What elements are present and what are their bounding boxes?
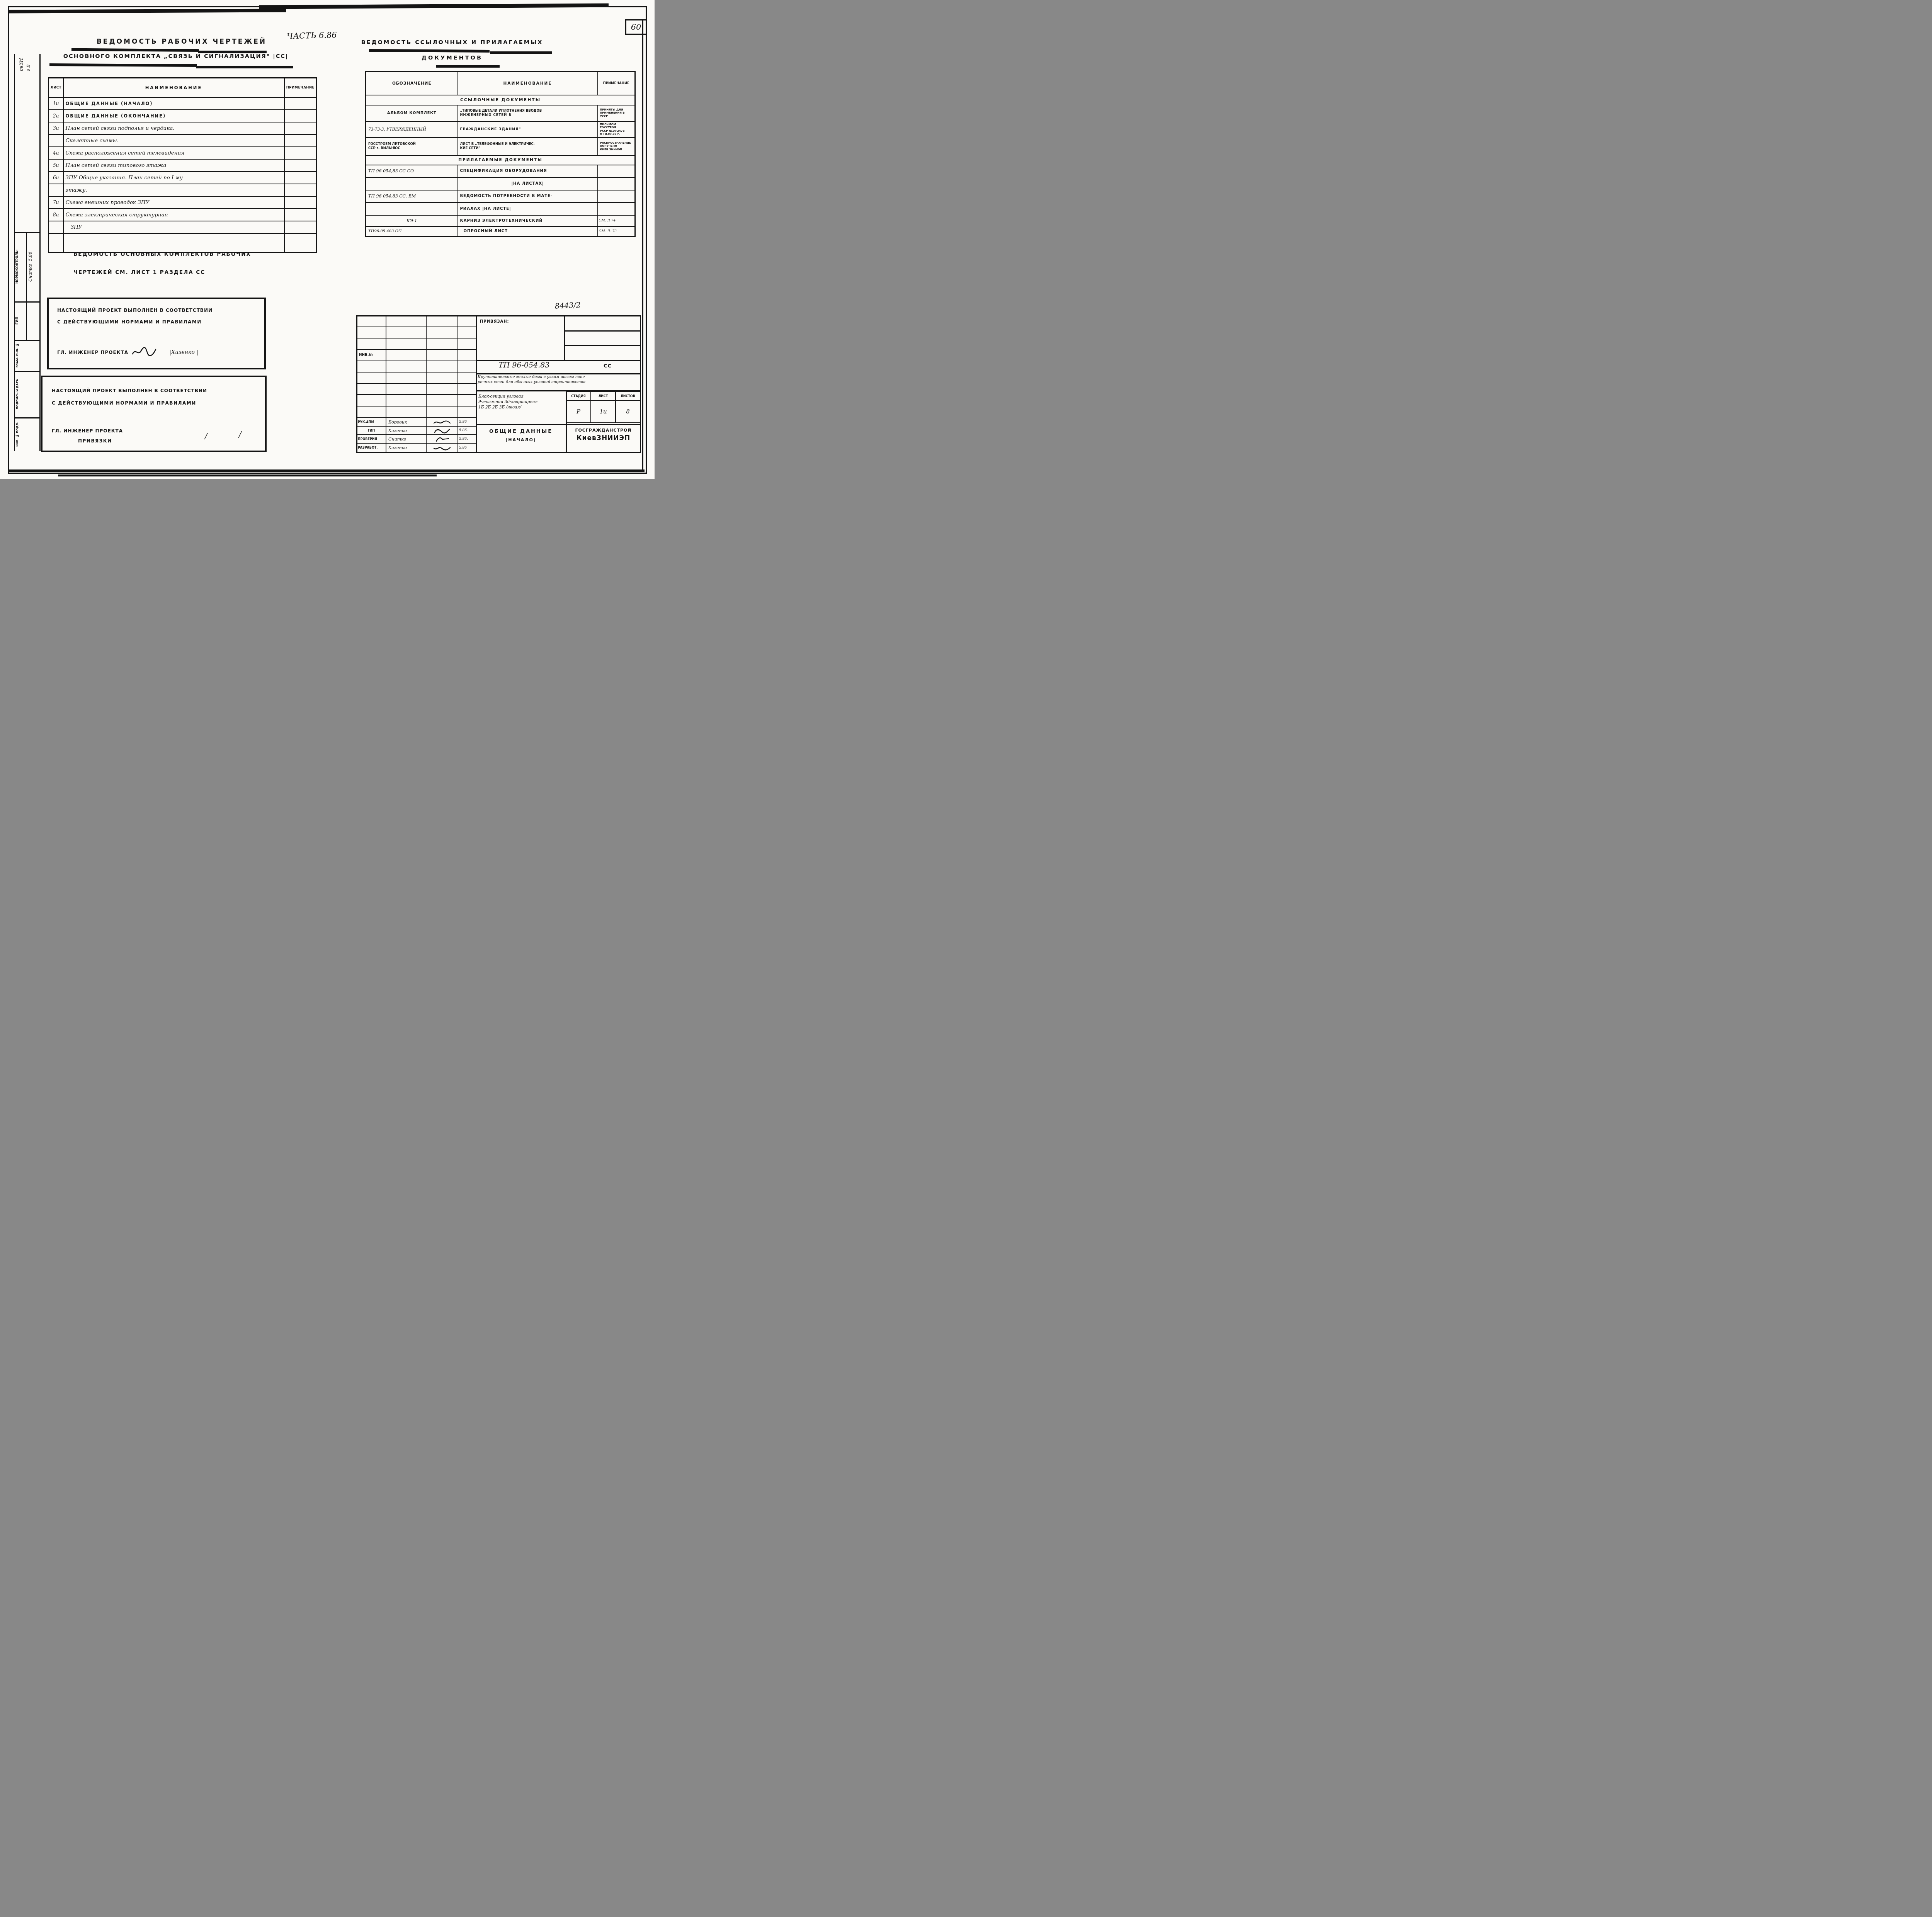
table-row: Скелетные схемы. [49,134,317,147]
doc-code: ТП 96-054.83 [498,361,549,369]
col-header-note: ПРИМЕЧАНИЕ [284,78,317,97]
normokontrol-name: Снитко [28,264,33,282]
grid-cell [458,383,476,395]
cell-sheet [49,233,63,253]
sign-row: РУК.АПМ Боровик 5.86 [357,418,476,426]
cell-name: ОПРОСНЫЙ ЛИСТ [458,226,598,237]
cell-name: ОБЩИЕ ДАННЫЕ (ОКОНЧАНИЕ) [63,110,284,122]
table-row: 2иОБЩИЕ ДАННЫЕ (ОКОНЧАНИЕ) [49,110,317,122]
grid-cell [426,395,458,406]
table-row: ГОССТРОЕМ ЛИТОВСКОЙССР г. ВИЛЬНЮС ЛИСТ Б… [366,138,635,155]
cell-designation: ТП 96-054.83 СС. ВМ [366,190,458,202]
title-block-right: ПРИВЯЗАН: ТП 96-054.83 СС Крупнопанельны… [476,316,640,452]
table-header-row: ОБОЗНАЧЕНИЕ НАИМЕНОВАНИЕ ПРИМЕЧАНИЕ [366,72,635,95]
cell-sheet: 2и [49,110,63,122]
project-description: Крупнопанельные жилые дома с узким шагом… [476,373,640,391]
table-row: 3иПлан сетей связи подполья и чердака. [49,122,317,134]
cell-name: РИАЛАХ |НА ЛИСТЕ| [458,202,598,215]
cell-name: „ТИПОВЫЕ ДЕТАЛИ УПЛОТНЕНИЯ ВВОДОВИНЖЕНЕР… [458,105,598,121]
cell-name: этажу. [63,184,284,196]
cell-name: |НА ЛИСТАХ| [458,177,598,190]
working-drawings-table: ЛИСТ НАИМЕНОВАНИЕ ПРИМЕЧАНИЕ 1иОБЩИЕ ДАН… [48,77,317,253]
scan-artifact-bar [17,6,75,7]
cell-name: ЗПУ Общие указания. План сетей по I-му [63,172,284,184]
sign-row: ГИП Хизенко 5.86. [357,426,476,435]
col-header-name: НАИМЕНОВАНИЕ [458,72,598,95]
note-text-2: г В [26,65,31,71]
table-row: ТП96-05 483 ОП ОПРОСНЫЙ ЛИСТ СМ. Л. 73 [366,226,635,237]
title-underline [198,51,267,53]
title-underline [490,51,552,54]
object-line2: 9-этажная 36-квартирная [478,399,564,405]
doc-ref-handwritten: 8443/2 [554,301,581,310]
grid-cell [426,406,458,418]
privyazan-band: ПРИВЯЗАН: [476,316,640,361]
grid-cell [357,372,386,383]
scanned-drawing-sheet: 60 ЧАСТЬ 6.86 свЗН г В НОРМОКОНТРОЛЬ: Сн… [0,0,655,479]
cell-note: ПИСЬМОМ ГОССТРОЯУССР №14-2478ОТ 8.09.80 … [598,121,635,138]
grid-cell [458,327,476,338]
stage-table: СТАДИЯ ЛИСТ ЛИСТОВ Р 1и 8 [566,391,641,423]
table-row: 1иОБЩИЕ ДАННЫЕ (НАЧАЛО) [49,97,317,110]
statement2-role-line2: ПРИВЯЗКИ [78,438,112,444]
grid-cell [357,338,386,349]
grid-cell [426,316,458,327]
grid-cell [386,406,426,418]
cell-sheet: 7и [49,196,63,209]
cell-name: Скелетные схемы. [63,134,284,147]
table-row: 5иПлан сетей связи типового этажа [49,159,317,172]
approval-grid: ИНВ.№ РУК.АПМ Боровик 5.86 ГИП Хизенко 5… [356,315,477,452]
cell-name: Схема расположения сетей телевидения [63,147,284,159]
sign-role: РАЗРАБОТ. [357,443,386,452]
grid-cell [458,361,476,372]
cell-note [598,202,635,215]
left-title-line2: ОСНОВНОГО КОМПЛЕКТА „СВЯЗЬ И СИГНАЛИЗАЦИ… [43,53,309,60]
sheet-title-line2: (НАЧАЛО) [476,437,566,442]
col-header-name: НАИМЕНОВАНИЕ [63,78,284,97]
sign-signature [426,443,458,452]
statement2-slash2: / [239,430,241,439]
cell-note [284,221,317,233]
cell-note [284,172,317,184]
table-row: 7иСхема внешних проводок ЗПУ [49,196,317,209]
grid-cell [426,349,458,361]
main-sets-note-line2: ЧЕРТЕЖЕЙ СМ. ЛИСТ 1 РАЗДЕЛА СС [73,269,205,276]
grid-cell [458,406,476,418]
table-row: этажу. [49,184,317,196]
cell-sheet [49,221,63,233]
section-row: ПРИЛАГАЕМЫЕ ДОКУМЕНТЫ [366,155,635,165]
object-line3: 1Б-2Б-2Б-3Б /левая/ [478,405,564,410]
cell-note [284,159,317,172]
sign-row: РАЗРАБОТ. Хизенко 5.86 [357,443,476,452]
table-row: 73-73-3, УТВЕРЖДЕННЫЙ ГРАЖДАНСКИЕ ЗДАНИЯ… [366,121,635,138]
title-underline [436,65,500,68]
cell-sheet: 5и [49,159,63,172]
cell-sheet: 4и [49,147,63,159]
statement1-line2: С ДЕЙСТВУЮЩИМИ НОРМАМИ И ПРАВИЛАМИ [57,319,202,325]
grid-cell [357,406,386,418]
table-row: ТП 96-054.83 СС. ВМ ВЕДОМОСТЬ ПОТРЕБНОСТ… [366,190,635,202]
cell-name: ЛИСТ Б „ТЕЛЕФОННЫЕ И ЭЛЕКТРИЧЕС-КИЕ СЕТИ… [458,138,598,155]
description-line2: речных стен для обычных условий строител… [478,379,640,384]
col-header-note: ПРИМЕЧАНИЕ [598,72,635,95]
sign-row: ПРОВЕРИЛ Снитко 5.86. [357,435,476,443]
grid-cell [357,383,386,395]
grid-cell [357,327,386,338]
doc-code-band: ТП 96-054.83 СС [476,360,640,374]
sign-role: РУК.АПМ [357,418,386,426]
cell-name [63,233,284,253]
sign-name: Хизенко [386,443,426,452]
table-row: 8иСхема электрическая структурная [49,209,317,221]
grid-cell [458,349,476,361]
right-title-line1: ВЕДОМОСТЬ ССЫЛОЧНЫХ И ПРИЛАГАЕМЫХ [359,39,545,46]
grid-cell [386,383,426,395]
sign-role: ГИП [357,426,386,435]
statement1-signature-row: ГЛ. ИНЖЕНЕР ПРОЕКТА |Хизенко | [57,346,198,358]
object-band: Блок-секция угловая 9-этажная 36-квартир… [476,391,640,425]
object-line1: Блок-секция угловая [478,394,564,399]
statement2-line1: НАСТОЯЩИЙ ПРОЕКТ ВЫПОЛНЕН В СООТВЕТСТВИИ [52,388,207,393]
vzam-inv-label: ВЗАМ. ИНВ. № [15,342,39,369]
cell-note [598,177,635,190]
table-row: КЭ-1 КАРНИЗ ЭЛЕКТРОТЕХНИЧЕСКИЙ СМ. Л 74 [366,215,635,226]
grid-cell [386,372,426,383]
col-header-sheet: ЛИСТ [49,78,63,97]
table-row: ЗПУ [49,221,317,233]
sheet-title-band: ОБЩИЕ ДАННЫЕ (НАЧАЛО) ГОСГРАЖДАНСТРОЙ Ки… [476,424,640,452]
referenced-documents-table: ОБОЗНАЧЕНИЕ НАИМЕНОВАНИЕ ПРИМЕЧАНИЕ ССЫЛ… [365,71,636,237]
scan-artifact-bar [8,469,645,472]
page-number: 60 [631,22,641,32]
sheet-title: ОБЩИЕ ДАННЫЕ (НАЧАЛО) [476,424,566,452]
cell-note [284,196,317,209]
sign-role: ПРОВЕРИЛ [357,435,386,443]
table-row: РИАЛАХ |НА ЛИСТЕ| [366,202,635,215]
cell-note [284,184,317,196]
table-row [49,233,317,253]
cell-designation [366,177,458,190]
normokontrol-signature: Снитко 5.86 [28,233,39,300]
description-line1: Крупнопанельные жилые дома с узким шагом… [478,374,640,379]
cell-name: ГРАЖДАНСКИЕ ЗДАНИЯ" [458,121,598,138]
grid-cell [426,383,458,395]
cell-designation: ГОССТРОЕМ ЛИТОВСКОЙССР г. ВИЛЬНЮС [366,138,458,155]
title-underline [196,66,293,68]
cell-note [284,209,317,221]
cell-designation: АЛЬБОМ КОМПЛЕКТ [366,105,458,121]
sheet-title-line1: ОБЩИЕ ДАННЫЕ [476,429,566,434]
page-number-box: 60 [625,19,647,35]
table-row: |НА ЛИСТАХ| [366,177,635,190]
cell-name: Схема внешних проводок ЗПУ [63,196,284,209]
statement-box-1: НАСТОЯЩИЙ ПРОЕКТ ВЫПОЛНЕН В СООТВЕТСТВИИ… [47,298,266,369]
normokontrol-label: НОРМОКОНТРОЛЬ: [15,233,26,300]
table-header-row: ЛИСТ НАИМЕНОВАНИЕ ПРИМЕЧАНИЕ [49,78,317,97]
inv-number-label: ИНВ.№ [357,349,386,361]
sidebar-handwritten-note: свЗН г В [19,58,38,73]
note-text: свЗН [19,58,24,71]
cell-name: КАРНИЗ ЭЛЕКТРОТЕХНИЧЕСКИЙ [458,215,598,226]
section-row: ССЫЛОЧНЫЕ ДОКУМЕНТЫ [366,95,635,105]
col-header-designation: ОБОЗНАЧЕНИЕ [366,72,458,95]
cell-note [284,134,317,147]
stage-value: Р [566,400,591,423]
org-line1: ГОСГРАЖДАНСТРОЙ [567,428,640,433]
grid-cell [458,372,476,383]
cell-note [284,233,317,253]
sign-name: Боровик [386,418,426,426]
cell-sheet: 3и [49,122,63,134]
sheets-header: ЛИСТОВ [616,392,640,400]
grid-cell [426,327,458,338]
sign-date: 5.86. [458,426,476,435]
cell-note: ПРИНЯТЫ ДЛЯПРИМЕНЕНИЯ В УССР [598,105,635,121]
cell-sheet [49,184,63,196]
sign-signature [426,435,458,443]
sheets-value: 8 [616,400,640,423]
grid-cell [386,316,426,327]
sheet-value: 1и [591,400,616,423]
grid-cell [458,338,476,349]
sign-date: 5.86 [458,443,476,452]
grid-cell [357,316,386,327]
sign-signature [426,418,458,426]
cell-sheet [49,134,63,147]
stage-header: СТАДИЯ [566,392,591,400]
section-title: ПРИЛАГАЕМЫЕ ДОКУМЕНТЫ [366,155,635,165]
cell-sheet: 1и [49,97,63,110]
grid-cell [357,395,386,406]
cell-designation: ТП96-05 483 ОП [366,226,458,237]
table-row: АЛЬБОМ КОМПЛЕКТ „ТИПОВЫЕ ДЕТАЛИ УПЛОТНЕН… [366,105,635,121]
cell-designation [366,202,458,215]
cell-sheet: 8и [49,209,63,221]
cell-name: ОБЩИЕ ДАННЫЕ (НАЧАЛО) [63,97,284,110]
grid-cell [426,338,458,349]
cell-note [284,147,317,159]
cell-name: ЗПУ [63,221,284,233]
statement2-role-line1: ГЛ. ИНЖЕНЕР ПРОЕКТА [52,428,123,434]
cell-note [598,165,635,177]
statement1-signed-name: |Хизенко | [169,349,198,356]
doc-suffix: СС [604,363,612,369]
normokontrol-date: 5.86 [28,252,33,261]
organization: ГОСГРАЖДАНСТРОЙ КиевЗНИИЭП [567,424,640,452]
cell-note: СМ. Л 74 [598,215,635,226]
cell-name: СПЕЦИФИКАЦИЯ ОБОРУДОВАНИЯ [458,165,598,177]
inv-podl-label: ИНВ. № ПОДЛ. [15,419,39,450]
cell-name: План сетей связи типового этажа [63,159,284,172]
cell-note [284,97,317,110]
cell-sheet: 6и [49,172,63,184]
grid-cell [386,327,426,338]
statement-box-2: НАСТОЯЩИЙ ПРОЕКТ ВЫПОЛНЕН В СООТВЕТСТВИИ… [41,376,267,452]
grid-cell [386,338,426,349]
cell-designation: КЭ-1 [366,215,458,226]
sign-date: 5.86. [458,435,476,443]
cell-note: РАСПРОСТРАНЕНИЕПОРУЧЕНОКИЕВ ЗНИИЭП [598,138,635,155]
statement1-line1: НАСТОЯЩИЙ ПРОЕКТ ВЫПОЛНЕН В СООТВЕТСТВИИ [57,308,213,313]
statement2-slash1: / [205,431,207,441]
title-block: ИНВ.№ РУК.АПМ Боровик 5.86 ГИП Хизенко 5… [356,315,641,453]
cell-designation: 73-73-3, УТВЕРЖДЕННЫЙ [366,121,458,138]
sign-signature [426,426,458,435]
cell-note [284,122,317,134]
grid-cell [386,361,426,372]
privyazan-label: ПРИВЯЗАН: [480,320,509,324]
cell-name: План сетей связи подполья и чердака. [63,122,284,134]
sign-date: 5.86 [458,418,476,426]
signature-stroke [130,346,157,358]
frame-double-line [642,20,643,471]
right-title-line2: ДОКУМЕНТОВ [359,55,545,61]
cell-note [284,110,317,122]
cell-designation: ТП 96-054,83 СС-СО [366,165,458,177]
section-title: ССЫЛОЧНЫЕ ДОКУМЕНТЫ [366,95,635,105]
statement2-line2: С ДЕЙСТВУЮЩИМИ НОРМАМИ И ПРАВИЛАМИ [52,400,196,406]
table-row: 6иЗПУ Общие указания. План сетей по I-му [49,172,317,184]
cell-name: ВЕДОМОСТЬ ПОТРЕБНОСТИ В МАТЕ- [458,190,598,202]
grid-cell [426,361,458,372]
sign-name: Снитко [386,435,426,443]
table-row: 4иСхема расположения сетей телевидения [49,147,317,159]
grid-cell [458,395,476,406]
scan-artifact-bar [58,475,437,476]
grid-cell [357,361,386,372]
left-title-line1: ВЕДОМОСТЬ РАБОЧИХ ЧЕРТЕЖЕЙ [58,38,305,46]
cell-note [598,190,635,202]
cell-name: Схема электрическая структурная [63,209,284,221]
grid-cell [458,316,476,327]
grid-cell [386,395,426,406]
cell-note: СМ. Л. 73 [598,226,635,237]
table-row: ТП 96-054,83 СС-СО СПЕЦИФИКАЦИЯ ОБОРУДОВ… [366,165,635,177]
grid-cell [386,349,426,361]
podpis-data-label: ПОДПИСЬ И ДАТА [15,373,39,416]
org-line2: КиевЗНИИЭП [567,434,640,442]
sheet-header: ЛИСТ [591,392,616,400]
object-name: Блок-секция угловая 9-этажная 36-квартир… [478,394,564,410]
statement1-role: ГЛ. ИНЖЕНЕР ПРОЕКТА [57,350,128,355]
main-sets-note-line1: ВЕДОМОСТЬ ОСНОВНЫХ КОМПЛЕКТОВ РАБОЧИХ [73,251,251,257]
grid-cell [426,372,458,383]
gip-label: ГИП [15,303,26,338]
sign-name: Хизенко [386,426,426,435]
